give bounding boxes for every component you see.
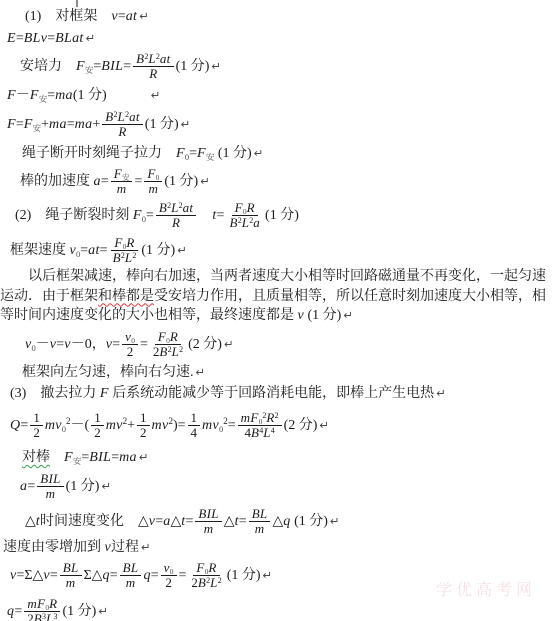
paragraph-mark-icon: ↵	[224, 337, 234, 351]
superscript: 2	[275, 411, 279, 420]
subscript: 安	[206, 152, 215, 162]
paragraph-mark-icon: ↵	[98, 604, 108, 618]
fraction-denominator: 4B4L4	[241, 426, 277, 441]
superscript: 2	[66, 416, 71, 426]
subscript: 0	[170, 567, 174, 576]
fraction-numerator: F0R	[111, 236, 137, 252]
fraction: F0m	[144, 167, 162, 197]
paragraph-mark-icon: ↵	[263, 568, 273, 582]
fraction-numerator: F0R	[193, 561, 219, 577]
text-paragraph: 以后框架减速，棒向右加速，当两者速度大小相等时回路磁通量不再变化，一起匀速运动．…	[0, 267, 560, 327]
subscript: 安	[39, 94, 48, 104]
fraction: BLm	[60, 561, 82, 591]
fraction-denominator: 2	[91, 426, 104, 441]
fraction: B2L2atR	[102, 110, 143, 140]
fraction-denominator: 2	[30, 426, 43, 441]
fraction: B2L2atR	[133, 52, 174, 82]
formula-line: (1) 对框架 v=at↵	[0, 5, 560, 28]
fraction-denominator: R	[115, 125, 129, 140]
fraction-numerator: BL	[249, 507, 271, 523]
formula-line: 框架速度 v0=at=F0RB2L2(1 分)↵	[0, 234, 560, 267]
formula-line: 框架向左匀速，棒向右匀速.↵	[0, 362, 560, 383]
fraction-numerator: BL	[60, 561, 82, 577]
subscript: 0	[166, 336, 170, 345]
paragraph-mark-icon: ↵	[200, 174, 210, 188]
fraction: mF02R24B4L4	[238, 411, 282, 441]
superscript: 3	[54, 612, 58, 621]
subscript: 安	[122, 173, 130, 182]
subscript: 安	[33, 123, 42, 133]
formula-line: q=mF0R2B3L3(1 分)↵	[0, 594, 560, 621]
fraction-denominator: 2B3L3	[24, 612, 60, 621]
formula-line: Q=12mv02－(12mv2+12mv2)=14mv02=mF02R24B4L…	[0, 404, 560, 447]
superscript: 2	[132, 251, 136, 260]
paragraph-mark-icon: ↵	[436, 386, 446, 400]
fraction-numerator: B2L2at	[156, 201, 197, 217]
fraction: 12	[137, 411, 150, 441]
subscript: 0	[45, 603, 49, 612]
subscript: 安	[73, 456, 82, 466]
paragraph-mark-icon: ↵	[139, 9, 149, 23]
fraction-denominator: m	[123, 576, 139, 591]
subscript: 0	[185, 152, 189, 162]
fraction-numerator: v0	[161, 561, 177, 577]
formula-line: 对棒 F安=BIL=ma↵	[0, 447, 560, 468]
subscript: 0	[76, 249, 80, 259]
fraction-numerator: BIL	[195, 507, 221, 523]
subscript: 0	[156, 173, 160, 182]
fraction-numerator: 1	[30, 411, 43, 427]
fraction-numerator: BL	[120, 561, 142, 577]
fraction: BILm	[195, 507, 221, 537]
fraction-numerator: F0R	[155, 330, 181, 346]
fraction-denominator: m	[114, 182, 130, 197]
subscript: 0	[131, 336, 135, 345]
fraction: v02	[161, 561, 177, 591]
fraction-numerator: F0	[144, 167, 162, 183]
superscript: 2	[123, 416, 128, 426]
fraction-denominator: m	[63, 576, 79, 591]
fraction-denominator: m	[201, 522, 217, 537]
paragraph-mark-icon: ↵	[330, 514, 340, 528]
fraction-numerator: 1	[137, 411, 150, 427]
grammar-underline: 对棒	[22, 450, 50, 465]
superscript: 2	[223, 416, 228, 426]
fraction-numerator: 1	[188, 411, 201, 427]
paragraph-mark-icon: ↵	[139, 450, 149, 464]
subscript: 0	[219, 424, 223, 434]
fraction-denominator: 2	[137, 426, 150, 441]
fraction-denominator: R	[146, 67, 160, 82]
superscript: 2	[179, 345, 183, 354]
paragraph-mark-icon: ↵	[196, 365, 206, 379]
superscript: 4	[271, 426, 275, 435]
formula-line: (2) 绳子断裂时刻 F0=B2L2atR t=F0RB2L2a(1 分)	[0, 198, 560, 234]
fraction: BLm	[120, 561, 142, 591]
fraction-denominator: m	[43, 487, 59, 502]
paragraph-mark-icon: ↵	[211, 59, 221, 73]
fraction-numerator: F0R	[232, 201, 258, 217]
fraction: 12	[91, 411, 104, 441]
fraction-numerator: 1	[91, 411, 104, 427]
fraction-numerator: F安	[111, 167, 133, 183]
paragraph-mark-icon: ↵	[319, 418, 329, 432]
fraction-numerator: mF0R	[24, 597, 60, 613]
fraction-numerator: B2L2at	[133, 52, 174, 68]
subscript: 0	[243, 207, 247, 216]
fraction-denominator: R	[169, 216, 183, 231]
fraction-denominator: B2L2	[110, 251, 140, 266]
fraction: F安m	[111, 167, 133, 197]
formula-line: v=Σ△v=BLmΣ△q=BLmq=v02=F0R2B2L2(1 分)↵	[0, 557, 560, 594]
fraction-denominator: 2	[162, 576, 175, 591]
paragraph-mark-icon: ↵	[151, 88, 161, 102]
fraction-denominator: B2L2a	[226, 216, 263, 231]
subscript: 0	[205, 567, 209, 576]
fraction: BILm	[37, 472, 63, 502]
formula-line: F=F安+ma=ma+B2L2atR(1 分)↵	[0, 107, 560, 142]
formula-line: 速度由零增加到 v过程↵	[0, 538, 560, 557]
fraction: F0R2B2L2	[188, 561, 224, 591]
fraction-numerator: v0	[122, 330, 138, 346]
formula-line: △t时间速度变化 △v=a△t=BILm△t=BLm△q (1 分)↵	[0, 505, 560, 538]
fraction: F0R2B2L2	[150, 330, 186, 360]
paragraph-mark-icon: ↵	[101, 479, 111, 493]
formula-line: E=BLv=BLat↵	[0, 28, 560, 49]
formula-line: (3) 撤去拉力 F 后系统动能减少等于回路消耗电能，即棒上产生电热↵	[0, 383, 560, 404]
superscript: 2	[218, 576, 222, 585]
formula-line: 棒的加速度 a=F安m=F0m(1 分)↵	[0, 165, 560, 198]
fraction-denominator: 2B2L2	[150, 345, 186, 360]
subscript: 0	[142, 214, 146, 224]
fraction-denominator: 4	[188, 426, 201, 441]
paragraph-mark-icon: ↵	[86, 31, 96, 45]
formula-line: a=BILm(1 分)↵	[0, 468, 560, 505]
paragraph-mark-icon: ↵	[181, 117, 191, 131]
fraction-denominator: 2B2L2	[188, 576, 224, 591]
fraction: 12	[30, 411, 43, 441]
fraction: F0RB2L2a	[226, 201, 263, 231]
fraction: BLm	[249, 507, 271, 537]
formula-line: 绳子断开时刻绳子拉力 F0=F安 (1 分)↵	[0, 142, 560, 165]
fraction: 14	[188, 411, 201, 441]
subscript: 0	[123, 242, 127, 251]
fraction: B2L2atR	[156, 201, 197, 231]
paragraph-mark-icon: ↵	[141, 540, 151, 554]
fraction: F0RB2L2	[110, 236, 140, 266]
paragraph-mark-icon: ↵	[343, 308, 353, 322]
fraction-numerator: mF02R2	[238, 411, 282, 427]
fraction-denominator: 2	[124, 345, 137, 360]
spellcheck-underline: 和棒都是	[98, 289, 154, 304]
subscript: 0	[259, 417, 263, 426]
formula-line: F－F安=ma(1 分) ↵	[0, 84, 560, 107]
fraction-denominator: m	[146, 182, 162, 197]
fraction-denominator: m	[252, 522, 268, 537]
fraction-numerator: BIL	[37, 472, 63, 488]
superscript: 2	[168, 416, 173, 426]
paragraph-mark-icon: ↵	[254, 146, 264, 160]
solution-document: (1) 对框架 v=at↵E=BLv=BLat↵安培力 F安=BIL=B2L2a…	[0, 0, 560, 621]
fraction-numerator: B2L2at	[102, 110, 143, 126]
paragraph-mark-icon: ↵	[177, 243, 187, 257]
formula-line: 安培力 F安=BIL=B2L2atR(1 分)↵	[0, 49, 560, 84]
fraction: mF0R2B3L3	[24, 597, 60, 621]
subscript: 0	[32, 343, 36, 353]
subscript: 0	[62, 424, 66, 434]
formula-line: v0－v=v－0，v=v02=F0R2B2L2(2 分)↵	[0, 327, 560, 362]
subscript: 安	[85, 65, 94, 75]
fraction: v02	[122, 330, 138, 360]
